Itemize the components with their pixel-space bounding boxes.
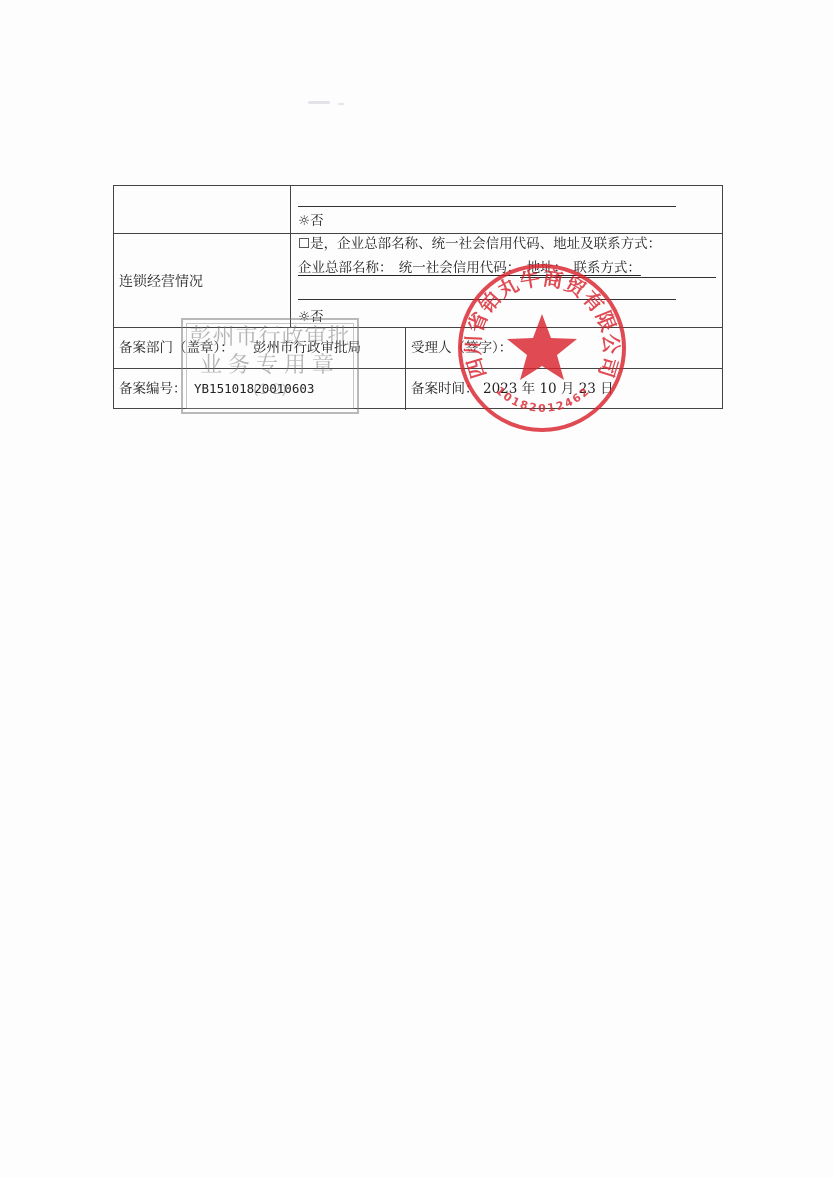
column-divider bbox=[290, 186, 291, 328]
blank-fill-line bbox=[298, 206, 676, 207]
row1-no-option[interactable]: ☼否 bbox=[298, 213, 324, 229]
column-divider bbox=[405, 327, 406, 410]
admin-approval-stamp: 彭州市行政审批 业务专用章 (1-2) bbox=[181, 318, 359, 414]
scan-speck bbox=[308, 101, 330, 104]
filing-no-label: 备案编号： bbox=[119, 381, 187, 397]
scan-speck bbox=[338, 103, 344, 105]
star-icon bbox=[507, 314, 577, 380]
row-divider bbox=[114, 233, 722, 234]
document-page: ☼否 连锁经营情况 ☐是，企业总部名称、统一社会信用代码、地址及联系方式： 企业… bbox=[0, 0, 833, 1178]
company-seal-icon: 四川省铂丸牛商贸有限公司 5101820124626 bbox=[456, 262, 628, 434]
chain-operation-label: 连锁经营情况 bbox=[119, 274, 203, 290]
stamp-text-line2: 业务专用章 bbox=[183, 348, 357, 379]
chain-yes-option[interactable]: ☐是，企业总部名称、统一社会信用代码、地址及联系方式： bbox=[298, 236, 661, 252]
stamp-text-line1: 彭州市行政审批 bbox=[183, 320, 357, 351]
stamp-text-line3: (1-2) bbox=[183, 382, 357, 398]
